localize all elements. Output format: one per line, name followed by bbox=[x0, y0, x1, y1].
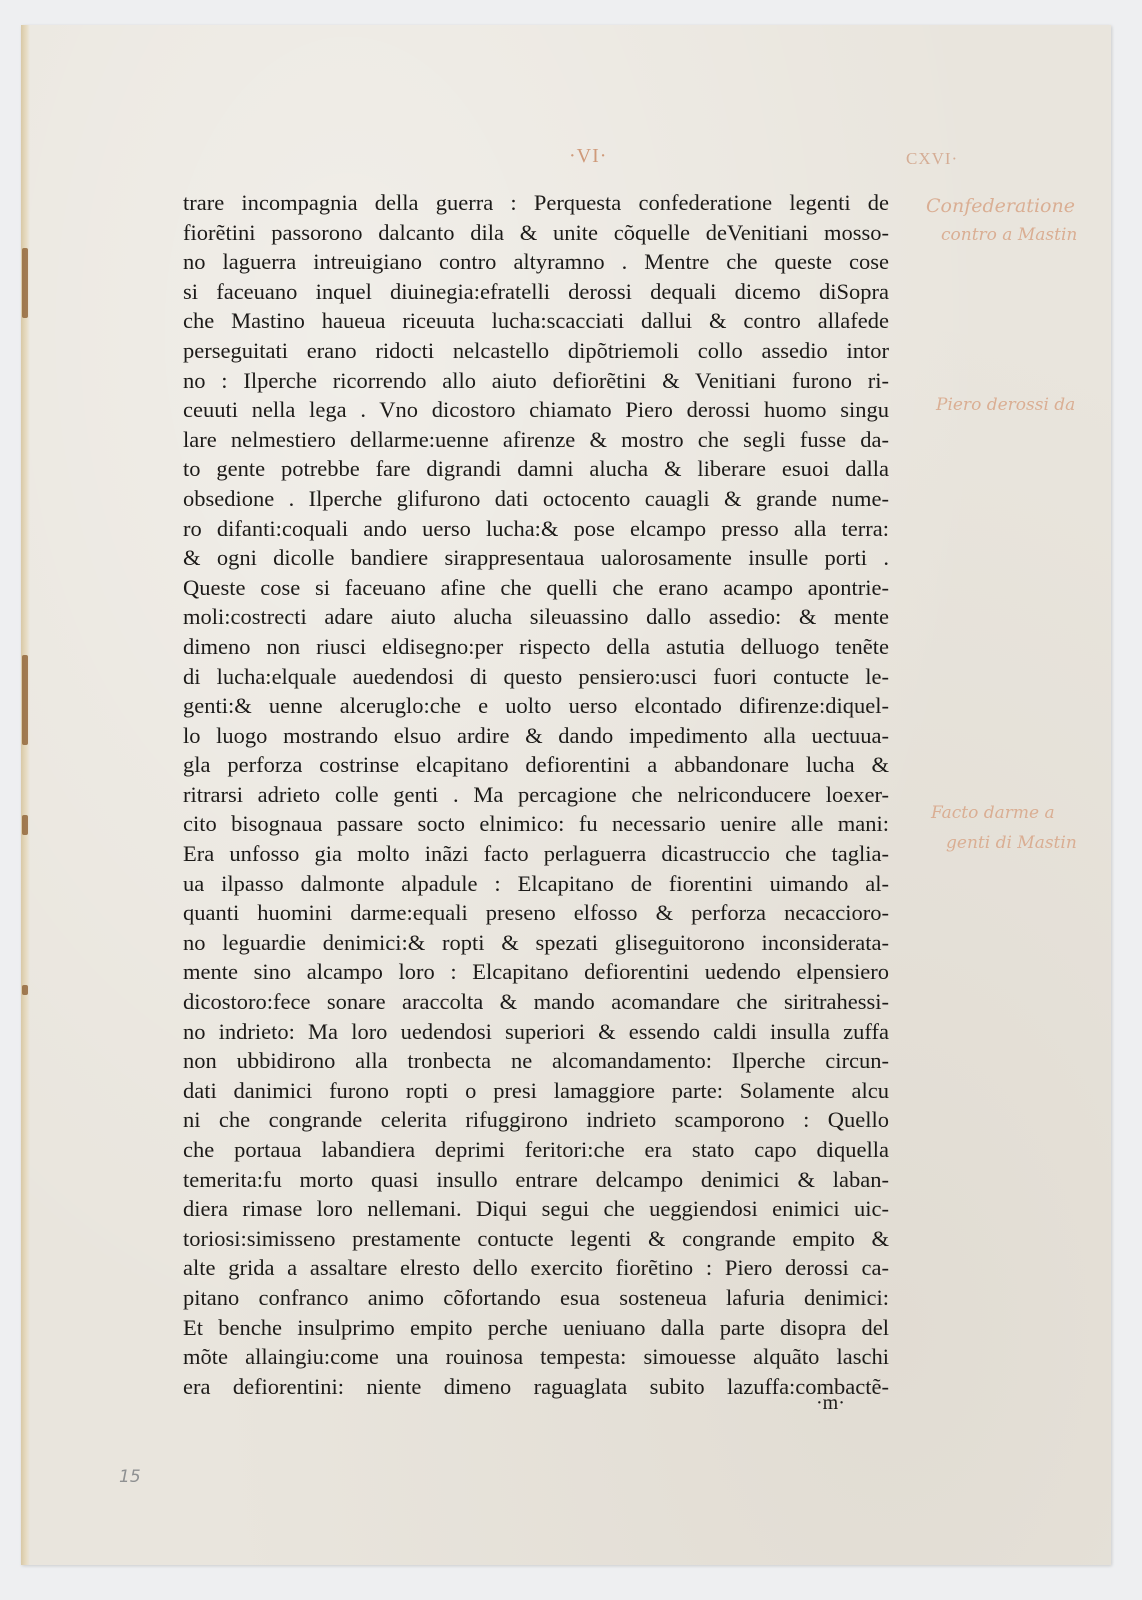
margin-note-facto-darme-2: genti di Mastin bbox=[946, 833, 1077, 853]
text-line: pitano confranco animo cõfortando esua s… bbox=[183, 1283, 889, 1313]
text-line: Queste cose si faceuano afine che quelli… bbox=[183, 573, 889, 603]
text-line: ceuuti nella lega . Vno dicostoro chiama… bbox=[183, 395, 889, 425]
text-line: ro difanti:coquali ando uerso lucha:& po… bbox=[183, 514, 889, 544]
text-line: dicostoro:fece sonare araccolta & mando … bbox=[183, 987, 889, 1017]
text-line: temerita:fu morto quasi insullo entrare … bbox=[183, 1165, 889, 1195]
text-line: mõte allaingiu:come una rouinosa tempest… bbox=[183, 1342, 889, 1372]
text-line: no : Ilperche ricorrendo allo aiuto defi… bbox=[183, 366, 889, 396]
text-line: Et benche insulprimo empito perche ueniu… bbox=[183, 1313, 889, 1343]
text-line: mente sino alcampo loro : Elcapitano def… bbox=[183, 957, 889, 987]
manuscript-page: ·VI· CXVI· Confederatione contro a Masti… bbox=[21, 25, 1111, 1565]
quire-signature-mark: ·m· bbox=[816, 1392, 845, 1415]
foxing-stain bbox=[22, 655, 28, 745]
body-text-block: trare incompagnia della guerra : Perques… bbox=[183, 188, 889, 1401]
margin-note-confederatione: Confederatione bbox=[926, 195, 1075, 217]
text-line: ua ilpasso dalmonte alpadule : Elcapitan… bbox=[183, 869, 889, 899]
text-line: di lucha:elquale auedendosi di questo pe… bbox=[183, 662, 889, 692]
foxing-stain bbox=[22, 985, 28, 995]
text-line: fiorẽtini passorono dalcanto dila & unit… bbox=[183, 218, 889, 248]
text-line: obsedione . Ilperche glifurono dati octo… bbox=[183, 484, 889, 514]
text-line: no leguardie denimici:& ropti & spezati … bbox=[183, 928, 889, 958]
pencil-annotation: 15 bbox=[119, 1467, 141, 1487]
text-line: diera rimase loro nellemani. Diqui segui… bbox=[183, 1194, 889, 1224]
text-line: perseguitati erano ridocti nelcastello d… bbox=[183, 336, 889, 366]
text-line: to gente potrebbe fare digrandi damni al… bbox=[183, 454, 889, 484]
text-line: Era unfosso gia molto inãzi facto perlag… bbox=[183, 839, 889, 869]
text-line: alte grida a assaltare elresto dello exe… bbox=[183, 1253, 889, 1283]
signature-marker: ·VI· bbox=[569, 145, 629, 168]
leaf-number: CXVI· bbox=[906, 149, 1026, 169]
text-line: si faceuano inquel diuinegia:efratelli d… bbox=[183, 277, 889, 307]
text-line: trare incompagnia della guerra : Perques… bbox=[183, 188, 889, 218]
text-line: ritrarsi adrieto colle genti . Ma percag… bbox=[183, 780, 889, 810]
text-line: quanti huomini darme:equali preseno elfo… bbox=[183, 898, 889, 928]
text-line: lare nelmestiero dellarme:uenne afirenze… bbox=[183, 425, 889, 455]
margin-note-facto-darme: Facto darme a bbox=[931, 803, 1055, 823]
text-line: no indrieto: Ma loro uedendosi superiori… bbox=[183, 1017, 889, 1047]
text-line: no laguerra intreuigiano contro altyramn… bbox=[183, 247, 889, 277]
text-line: dimeno non riusci eldisegno:per rispecto… bbox=[183, 632, 889, 662]
text-line: dati danimici furono ropti o presi lamag… bbox=[183, 1076, 889, 1106]
text-line: cito bisognaua passare socto elnimico: f… bbox=[183, 809, 889, 839]
margin-note-piero: Piero derossi da bbox=[936, 395, 1075, 415]
text-line: toriosi:simisseno prestamente contucte l… bbox=[183, 1224, 889, 1254]
text-line: moli:costrecti adare aiuto alucha sileua… bbox=[183, 602, 889, 632]
foxing-stain bbox=[22, 815, 28, 835]
margin-note-confederatione-2: contro a Mastin bbox=[941, 225, 1077, 245]
text-line: non ubbidirono alla tronbecta ne alcoman… bbox=[183, 1046, 889, 1076]
text-line: era defiorentini: niente dimeno raguagla… bbox=[183, 1372, 889, 1402]
text-line: & ogni dicolle bandiere sirappresentaua … bbox=[183, 543, 889, 573]
text-line: gla perforza costrinse elcapitano defior… bbox=[183, 750, 889, 780]
text-line: genti:& uenne alceruglo:che e uolto uers… bbox=[183, 691, 889, 721]
foxing-stain bbox=[22, 248, 28, 318]
text-line: che portaua labandiera deprimi feritori:… bbox=[183, 1135, 889, 1165]
text-line: che Mastino haueua riceuuta lucha:scacci… bbox=[183, 306, 889, 336]
text-line: ni che congrande celerita rifuggirono in… bbox=[183, 1105, 889, 1135]
text-line: lo luogo mostrando elsuo ardire & dando … bbox=[183, 721, 889, 751]
